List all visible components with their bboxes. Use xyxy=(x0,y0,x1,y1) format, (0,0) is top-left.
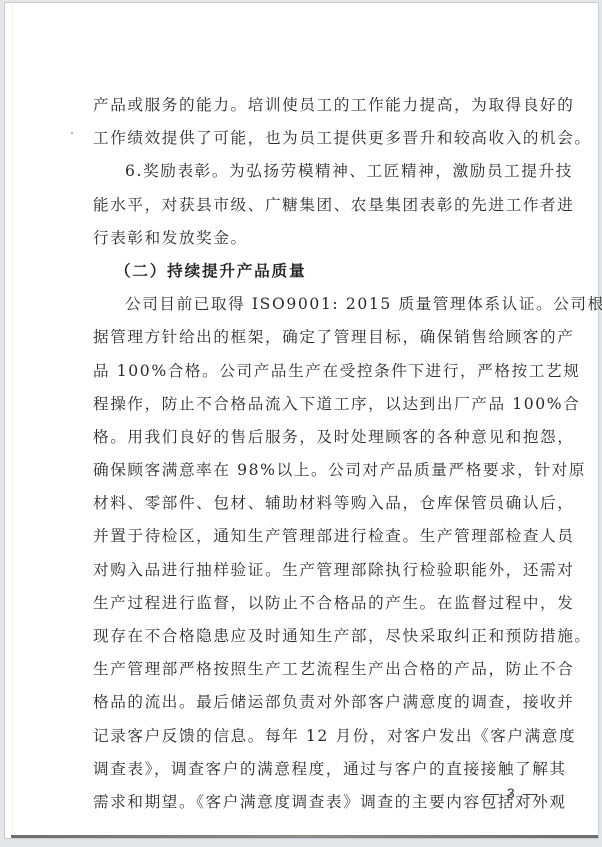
text-line: 需求和期望。《客户满意度调查表》调查的主要内容包括对外观 xyxy=(93,786,505,819)
text-line: 产品或服务的能力。培训使员工的工作能力提高，为取得良好的 xyxy=(93,89,505,122)
text-line: 记录客户反馈的信息。每年 12 月份，对客户发出《客户满意度 xyxy=(93,720,505,753)
section-heading: （二）持续提升产品质量 xyxy=(93,255,505,288)
text-line: 调查表》，调查客户的满意程度，通过与客户的直接接触了解其 xyxy=(93,753,505,786)
text-line: 生产管理部严格按照生产工艺流程生产出合格的产品，防止不合 xyxy=(93,653,505,686)
continuation-paragraph: 产品或服务的能力。培训使员工的工作能力提高，为取得良好的 工作绩效提供了可能，也… xyxy=(93,89,505,155)
text-line: 格品的流出。最后储运部负责对外部客户满意度的调查，接收并 xyxy=(93,686,505,719)
document-page: 产品或服务的能力。培训使员工的工作能力提高，为取得良好的 工作绩效提供了可能，也… xyxy=(4,2,599,839)
text-line: 对购入品进行抽样验证。生产管理部除执行检验职能外，还需对 xyxy=(93,554,505,587)
text-line: 公司目前已取得 ISO9001: 2015 质量管理体系认证。公司根 xyxy=(93,288,505,321)
document-body: 产品或服务的能力。培训使员工的工作能力提高，为取得良好的 工作绩效提供了可能，也… xyxy=(93,89,505,819)
text-line: 材料、零部件、包材、辅助材料等购入品，仓库保管员确认后， xyxy=(93,487,505,520)
item-6-paragraph: 6.奖励表彰。为弘扬劳模精神、工匠精神，激励员工提升技 能水平，对获县市级、广糖… xyxy=(93,155,505,255)
text-line: 并置于待检区，通知生产管理部进行检查。生产管理部检查人员 xyxy=(93,520,505,553)
scan-artifact xyxy=(71,132,73,134)
text-line: 格。用我们良好的售后服务，及时处理顾客的各种意见和抱怨， xyxy=(93,421,505,454)
text-line: 程操作，防止不合格品流入下道工序，以达到出厂产品 100%合 xyxy=(93,388,505,421)
text-line: 确保顾客满意率在 98%以上。公司对产品质量严格要求，针对原 xyxy=(93,454,505,487)
page-edge-line xyxy=(12,3,13,834)
text-line: 行表彰和发放奖金。 xyxy=(93,222,505,255)
text-line: 能水平，对获县市级、广糖集团、农垦集团表彰的先进工作者进 xyxy=(93,189,505,222)
page-bottom-edge xyxy=(11,835,598,838)
text-line: 6.奖励表彰。为弘扬劳模精神、工匠精神，激励员工提升技 xyxy=(93,155,505,188)
text-line: 品 100%合格。公司产品生产在受控条件下进行，严格按工艺规 xyxy=(93,355,505,388)
text-line: 据管理方针给出的框架，确定了管理目标，确保销售给顾客的产 xyxy=(93,321,505,354)
text-line: 现存在不合格隐患应及时通知生产部，尽快采取纠正和预防措施。 xyxy=(93,620,505,653)
page-number: — 3 — xyxy=(485,785,539,801)
quality-paragraph: 公司目前已取得 ISO9001: 2015 质量管理体系认证。公司根 据管理方针… xyxy=(93,288,505,819)
text-line: 生产过程进行监督，以防止不合格品的产生。在监督过程中，发 xyxy=(93,587,505,620)
text-line: 工作绩效提供了可能，也为员工提供更多晋升和较高收入的机会。 xyxy=(93,122,505,155)
